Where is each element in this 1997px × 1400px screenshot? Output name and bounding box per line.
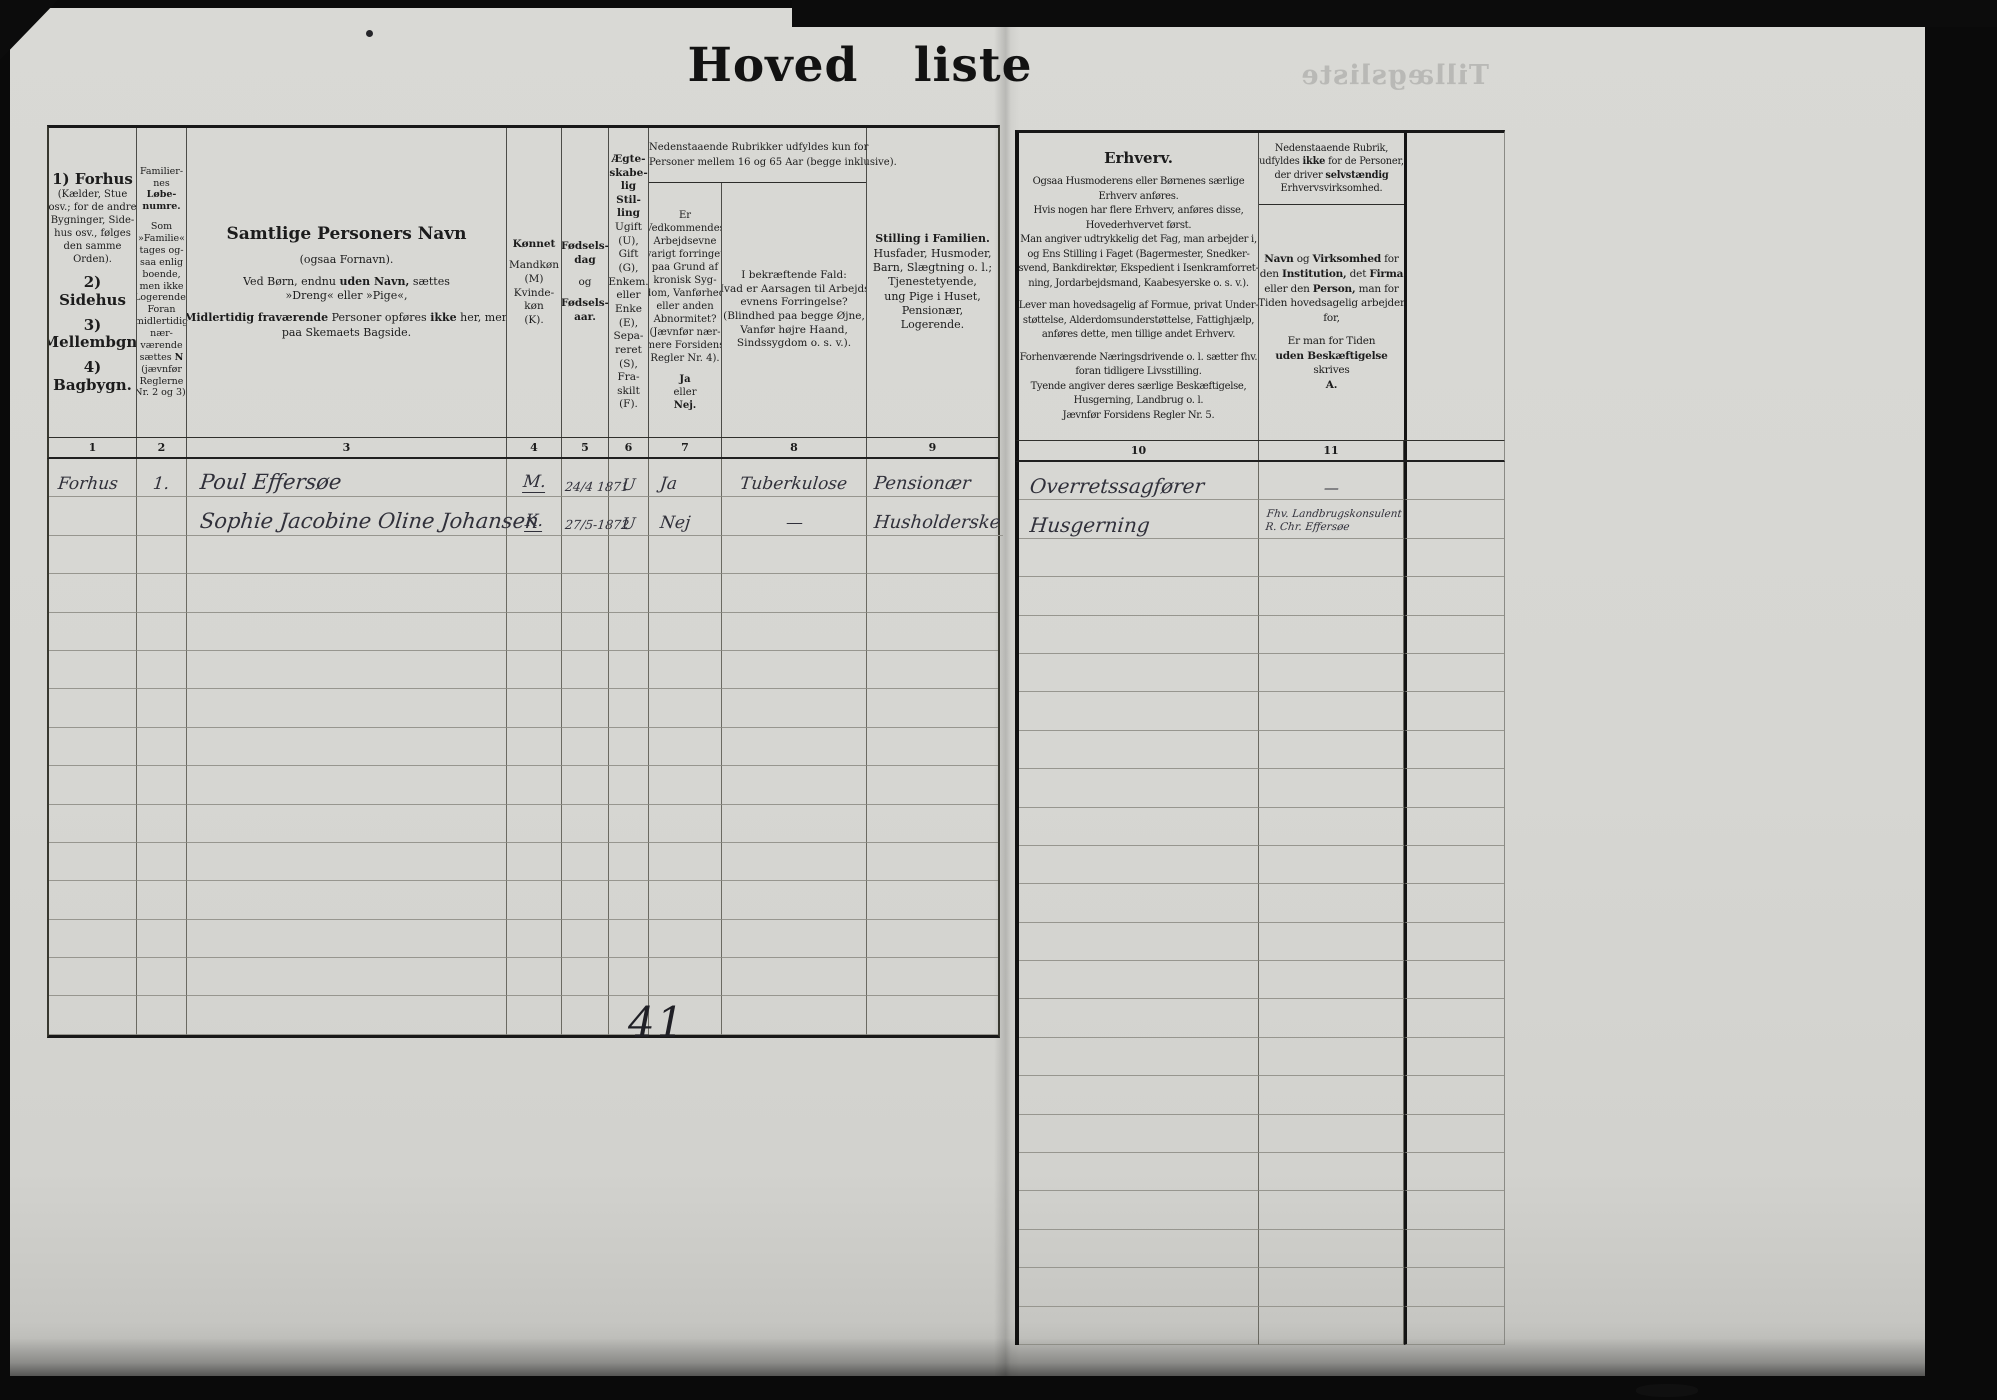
cell-L8-1	[49, 728, 137, 766]
cell-L6-2	[137, 651, 187, 689]
cell-L15-4	[507, 996, 562, 1034]
cell-L13-8	[722, 920, 867, 958]
header-line: men ikke	[140, 281, 184, 293]
cell-L7-7	[649, 689, 722, 727]
cell-R13-2	[1259, 923, 1404, 961]
scan-top-black-band	[792, 0, 1997, 27]
header-line: den samme	[64, 240, 122, 253]
cell-L14-1	[49, 958, 137, 996]
header-line: Fødsels-	[562, 240, 609, 254]
handwriting-multiline: Fhv. LandbrugskonsulentR. Chr. Effersøe	[1265, 508, 1403, 534]
note-box: Nedenstaaende Rubrik,udfyldes ikke for d…	[1259, 133, 1404, 205]
cell-R9-2	[1259, 769, 1404, 807]
column-number-3: 3	[187, 438, 507, 457]
R-row-22	[1019, 1268, 1504, 1306]
header-line: svend, Bankdirektør, Ekspedient i Isenkr…	[1019, 262, 1259, 277]
cell-L4-9	[867, 574, 998, 612]
cell-L8-9	[867, 728, 998, 766]
cell-L1-9: Pensionær	[867, 459, 998, 497]
cell-R10-2	[1259, 808, 1404, 846]
cell-R1-2: —	[1259, 462, 1404, 500]
header-line: den Institution, det Firma	[1260, 267, 1404, 282]
cell-L1-8: Tuberkulose	[722, 459, 867, 497]
header-line: Logerende.	[137, 292, 187, 304]
header-line: »Dreng« eller »Pige«,	[286, 289, 408, 303]
header-line: (Kælder, Stue	[58, 188, 128, 201]
cell-L8-7	[649, 728, 722, 766]
header-line: eller	[616, 289, 640, 303]
column-header-5: Fødsels-dagogFødsels-aar.	[562, 128, 609, 437]
header-line: Vedkommendes	[649, 222, 722, 235]
cell-L4-8	[722, 574, 867, 612]
header-line: Hovederhvervet først.	[1086, 219, 1192, 234]
cell-R1-1: Overretssagfører	[1019, 462, 1259, 500]
cell-L4-3	[187, 574, 507, 612]
header-line: køn	[524, 300, 543, 314]
cell-L7-8	[722, 689, 867, 727]
header-line: nes	[153, 178, 170, 190]
L-row-2: Sophie Jacobine Oline JohansenK.27/5-187…	[49, 497, 998, 535]
cell-L6-4	[507, 651, 562, 689]
cell-L10-9	[867, 805, 998, 843]
cell-R18-2	[1259, 1115, 1404, 1153]
cell-R5-2	[1259, 616, 1404, 654]
cell-R19-1	[1019, 1153, 1259, 1191]
cell-L3-2	[137, 536, 187, 574]
header-line: nær-	[150, 328, 173, 340]
header-line: eller	[673, 386, 696, 399]
header-line: for,	[1323, 311, 1340, 326]
cell-L8-5	[562, 728, 609, 766]
header-line: Erhverv.	[1104, 150, 1173, 167]
header-line: hus osv., følges	[54, 227, 131, 240]
header-line: Logerende.	[901, 318, 964, 332]
cell-L14-2	[137, 958, 187, 996]
L-row-1: Forhus1.Poul EffersøeM.24/4 1871UJaTuber…	[49, 459, 998, 497]
header-line: ung Pige i Huset,	[884, 290, 980, 304]
cell-L11-9	[867, 843, 998, 881]
cell-R10-3	[1404, 808, 1504, 846]
cell-L10-4	[507, 805, 562, 843]
header-line: Enke	[615, 303, 642, 317]
header-line: der driver selvstændig	[1259, 169, 1404, 182]
cell-L12-8	[722, 881, 867, 919]
header-line: og	[578, 276, 591, 290]
document-title: Hoved liste	[600, 38, 1120, 93]
cell-L14-9	[867, 958, 998, 996]
header-line: tages og-	[139, 245, 183, 257]
cell-L2-1	[49, 497, 137, 535]
cell-R11-2	[1259, 846, 1404, 884]
left-column-numbers: 123456789	[47, 437, 1000, 459]
cell-R4-3	[1404, 577, 1504, 615]
cell-L11-7	[649, 843, 722, 881]
header-line: Løbe-	[147, 189, 177, 201]
cell-R8-1	[1019, 731, 1259, 769]
L-row-14	[49, 958, 998, 996]
blank-margin-column	[1404, 133, 1504, 440]
header-line: kronisk Syg-	[653, 274, 716, 287]
column-number-4: 4	[507, 438, 562, 457]
cell-L13-6	[609, 920, 649, 958]
cell-L8-8	[722, 728, 867, 766]
cell-L8-4	[507, 728, 562, 766]
cell-L3-4	[507, 536, 562, 574]
handwriting: Overretssagfører	[1029, 476, 1205, 496]
cell-L5-8	[722, 613, 867, 651]
cell-L1-1: Forhus	[49, 459, 137, 497]
cell-R11-1	[1019, 846, 1259, 884]
cell-L14-3	[187, 958, 507, 996]
cell-L11-4	[507, 843, 562, 881]
R-row-6	[1019, 654, 1504, 692]
cell-R21-1	[1019, 1230, 1259, 1268]
header-line: Arbejdsevne	[654, 235, 717, 248]
cell-L15-1	[49, 996, 137, 1034]
cell-L12-1	[49, 881, 137, 919]
cell-L1-7: Ja	[649, 459, 722, 497]
header-line: Ugift	[615, 221, 642, 235]
R-row-11	[1019, 846, 1504, 884]
handwriting: U	[621, 477, 636, 493]
cell-R8-3	[1404, 731, 1504, 769]
cell-R6-1	[1019, 654, 1259, 692]
header-line: (K).	[524, 314, 543, 328]
header-line: Ogsaa Husmoderens eller Børnenes særlige	[1033, 175, 1245, 190]
cell-R18-3	[1404, 1115, 1504, 1153]
cell-R21-2	[1259, 1230, 1404, 1268]
header-line: Regler Nr. 4).	[650, 352, 719, 365]
header-line: værende	[140, 340, 182, 352]
cell-L14-6	[609, 958, 649, 996]
cell-L5-4	[507, 613, 562, 651]
cell-L6-9	[867, 651, 998, 689]
cell-R6-3	[1404, 654, 1504, 692]
header-line: Ved Børn, endnu uden Navn, sættes	[243, 275, 450, 289]
column-number-7: 7	[649, 438, 722, 457]
cell-R4-2	[1259, 577, 1404, 615]
cell-L14-4	[507, 958, 562, 996]
header-line: skrives	[1313, 363, 1349, 378]
header-line: foran tidligere Livsstilling.	[1075, 365, 1201, 380]
cell-L8-2	[137, 728, 187, 766]
column-header-7: ErVedkommendesArbejdsevnevarigt forringe…	[649, 183, 722, 437]
cell-L6-3	[187, 651, 507, 689]
header-line: Kvinde-	[514, 287, 554, 301]
cell-L6-5	[562, 651, 609, 689]
cell-R15-1	[1019, 999, 1259, 1037]
column-number-1: 1	[49, 438, 137, 457]
cell-R7-1	[1019, 692, 1259, 730]
header-line: Foran	[147, 304, 175, 316]
cell-L2-8: —	[722, 497, 867, 535]
cell-L2-7: Nej	[649, 497, 722, 535]
header-line: (ogsaa Fornavn).	[300, 253, 394, 267]
cell-L1-5: 24/4 1871	[562, 459, 609, 497]
cell-L8-6	[609, 728, 649, 766]
handwriting: Pensionær	[873, 475, 971, 493]
cell-L10-5	[562, 805, 609, 843]
cell-L14-7	[649, 958, 722, 996]
cell-R17-3	[1404, 1076, 1504, 1114]
cell-R14-2	[1259, 961, 1404, 999]
header-line: Lever man hovedsagelig af Formue, privat…	[1019, 299, 1258, 314]
column-header-6: Ægte-skabe-ligStil-lingUgift(U),Gift(G),…	[609, 128, 649, 437]
R-row-19	[1019, 1153, 1504, 1191]
header-line: Bygninger, Side-	[51, 214, 135, 227]
handwriting: Forhus	[57, 476, 119, 493]
L-row-3	[49, 536, 998, 574]
cell-L13-5	[562, 920, 609, 958]
cell-R16-1	[1019, 1038, 1259, 1076]
handwriting: Sophie Jacobine Oline Johansen	[199, 511, 540, 532]
cell-L1-3: Poul Effersøe	[187, 459, 507, 497]
header-line: (G),	[619, 262, 639, 276]
column-header-3: Samtlige Personers Navn(ogsaa Fornavn).V…	[187, 128, 507, 437]
header-line: anføres dette, men tillige andet Erhverv…	[1042, 328, 1235, 343]
header-line: Man angiver udtrykkelig det Fag, man arb…	[1020, 233, 1257, 248]
cell-L7-3	[187, 689, 507, 727]
column-number-2: 2	[137, 438, 187, 457]
header-line: Nedenstaaende Rubrik,	[1259, 142, 1404, 155]
handwriting: —	[785, 515, 804, 532]
header-line: Fødsels-	[562, 297, 609, 311]
cell-L5-7	[649, 613, 722, 651]
handwriting: Nej	[659, 515, 691, 532]
R-row-17	[1019, 1076, 1504, 1114]
R-row-2: HusgerningFhv. LandbrugskonsulentR. Chr.…	[1019, 500, 1504, 538]
cell-L5-9	[867, 613, 998, 651]
cell-R3-1	[1019, 539, 1259, 577]
header-line: udfyldes ikke for de Personer,	[1259, 155, 1404, 168]
cell-L9-6	[609, 766, 649, 804]
cell-L11-2	[137, 843, 187, 881]
cell-L14-8	[722, 958, 867, 996]
header-line: reret	[615, 344, 642, 358]
cell-R18-1	[1019, 1115, 1259, 1153]
cell-L5-5	[562, 613, 609, 651]
header-line: Forhenværende Næringsdrivende o. l. sætt…	[1020, 351, 1258, 366]
cell-L10-1	[49, 805, 137, 843]
cell-L7-6	[609, 689, 649, 727]
L-row-15	[49, 996, 998, 1034]
cell-L2-2	[137, 497, 187, 535]
cell-L9-4	[507, 766, 562, 804]
R-row-7	[1019, 692, 1504, 730]
R-row-12	[1019, 884, 1504, 922]
header-line: støttelse, Alderdomsunderstøttelse, Fatt…	[1023, 314, 1254, 329]
header-line: (M)	[525, 273, 544, 287]
handwriting: Husgerning	[1029, 515, 1151, 535]
header-line: ling	[617, 207, 640, 221]
header-line: osv.; for de andre	[49, 201, 137, 214]
cell-L5-6	[609, 613, 649, 651]
cell-L12-2	[137, 881, 187, 919]
column-number-10: 10	[1019, 441, 1259, 460]
header-line: Erhvervsvirksomhed.	[1259, 182, 1404, 195]
cell-L13-3	[187, 920, 507, 958]
header-line: dag	[574, 254, 596, 268]
R-row-16	[1019, 1038, 1504, 1076]
header-line: (E),	[619, 317, 638, 331]
header-line: Som	[151, 221, 172, 233]
header-line: Hvis nogen har flere Erhverv, anføres di…	[1034, 204, 1244, 219]
cell-L11-8	[722, 843, 867, 881]
cell-L1-4: M.	[507, 459, 562, 497]
header-line: Vanfør højre Haand,	[740, 324, 848, 338]
cell-L12-6	[609, 881, 649, 919]
header-line: (Blindhed paa begge Øjne,	[723, 310, 865, 324]
cell-L4-1	[49, 574, 137, 612]
cell-L7-4	[507, 689, 562, 727]
cell-L13-7	[649, 920, 722, 958]
header-line: 2) Sidehus	[51, 274, 134, 309]
header-line: (U),	[618, 235, 638, 249]
L-row-4	[49, 574, 998, 612]
cell-L4-5	[562, 574, 609, 612]
cell-L6-7	[649, 651, 722, 689]
cell-R21-3	[1404, 1230, 1504, 1268]
cell-R9-3	[1404, 769, 1504, 807]
banner-line: Personer mellem 16 og 65 Aar (begge inkl…	[649, 155, 866, 170]
cell-R16-2	[1259, 1038, 1404, 1076]
header-line: (Jævnfør nær-	[649, 326, 720, 339]
L-row-8	[49, 728, 998, 766]
right-data-rows: Overretssagfører—HusgerningFhv. Landbrug…	[1015, 462, 1505, 1345]
column-number-11: 11	[1259, 441, 1404, 460]
header-line: eller anden	[656, 300, 713, 313]
cell-L7-9	[867, 689, 998, 727]
header-line: Er	[679, 209, 691, 222]
cell-R14-1	[1019, 961, 1259, 999]
L-row-7	[49, 689, 998, 727]
header-line: Erhverv anføres.	[1098, 190, 1178, 205]
cell-L6-1	[49, 651, 137, 689]
handwriting-line: R. Chr. Effersøe	[1265, 521, 1401, 534]
cell-R22-1	[1019, 1268, 1259, 1306]
header-line: ning, Jordarbejdsmand, Kaabesyerske o. s…	[1028, 277, 1248, 292]
header-line: aar.	[574, 311, 596, 325]
cell-R7-3	[1404, 692, 1504, 730]
cell-L13-9	[867, 920, 998, 958]
header-line: Familier-	[140, 166, 183, 178]
ink-smudge	[366, 30, 373, 37]
column-header-10-erhverv: Erhverv.Ogsaa Husmoderens eller Børnenes…	[1019, 133, 1259, 440]
header-line: midlertidig	[137, 316, 187, 328]
cell-L5-2	[137, 613, 187, 651]
handwriting: K.	[524, 513, 544, 532]
header-line: evnens Forringelse?	[740, 296, 847, 310]
header-line: Mandkøn	[509, 259, 559, 273]
cell-L8-3	[187, 728, 507, 766]
header-line: Pensionær,	[902, 304, 963, 318]
cell-L10-6	[609, 805, 649, 843]
column-number-9: 9	[867, 438, 998, 457]
cell-L3-1	[49, 536, 137, 574]
cell-L7-1	[49, 689, 137, 727]
R-row-15	[1019, 999, 1504, 1037]
column-number-6: 6	[609, 438, 649, 457]
L-row-5	[49, 613, 998, 651]
cell-L9-7	[649, 766, 722, 804]
cell-L2-5: 27/5-1872	[562, 497, 609, 535]
header-line: (F).	[619, 398, 638, 412]
header-line: Fra-	[617, 371, 639, 385]
header-line: Hvad er Aarsagen til Arbejds-	[722, 283, 866, 297]
left-page-table: 1) Forhus(Kælder, Stueosv.; for de andre…	[47, 125, 1000, 1038]
header-line: Jævnfør Forsidens Regler Nr. 5.	[1063, 409, 1215, 424]
cell-L2-9: Husholderske	[867, 497, 1003, 535]
cell-L2-3: Sophie Jacobine Oline Johansen	[187, 497, 507, 535]
column-header-9: Stilling i Familien.Husfader, Husmoder,B…	[867, 128, 998, 437]
cell-L1-2: 1.	[137, 459, 187, 497]
cell-R19-3	[1404, 1153, 1504, 1191]
cell-L9-1	[49, 766, 137, 804]
cell-R17-1	[1019, 1076, 1259, 1114]
R-row-18	[1019, 1115, 1504, 1153]
header-line: paa Skemaets Bagside.	[282, 326, 411, 340]
cell-R11-3	[1404, 846, 1504, 884]
header-line: uden Beskæftigelse	[1275, 349, 1387, 364]
header-line: Ja	[679, 373, 690, 386]
header-line: »Familie«	[138, 233, 185, 245]
header-line: Samtlige Personers Navn	[226, 225, 466, 245]
cell-R22-2	[1259, 1268, 1404, 1306]
R-row-5	[1019, 616, 1504, 654]
cell-L12-3	[187, 881, 507, 919]
cell-R2-1: Husgerning	[1019, 500, 1259, 538]
cell-L12-4	[507, 881, 562, 919]
column-header-1: 1) Forhus(Kælder, Stueosv.; for de andre…	[49, 128, 137, 437]
cell-R12-2	[1259, 884, 1404, 922]
page-number-handwritten: 41	[628, 998, 685, 1047]
employer-header: Navn og Virksomhed forden Institution, d…	[1259, 205, 1404, 440]
cell-L3-9	[867, 536, 998, 574]
cell-L10-7	[649, 805, 722, 843]
header-line: Kønnet	[513, 238, 556, 252]
header-line: Nej.	[674, 399, 697, 412]
handwriting: M.	[522, 474, 547, 493]
header-line: numre.	[142, 201, 180, 213]
R-row-14	[1019, 961, 1504, 999]
header-line: Husgerning, Landbrug o. l.	[1074, 394, 1204, 409]
handwriting: —	[1323, 481, 1340, 496]
L-row-12	[49, 881, 998, 919]
cell-R13-1	[1019, 923, 1259, 961]
column-header-4: KønnetMandkøn(M)Kvinde-køn(K).	[507, 128, 562, 437]
cell-R13-3	[1404, 923, 1504, 961]
header-line: 1) Forhus	[52, 171, 133, 188]
cell-L3-6	[609, 536, 649, 574]
header-line: (jævnfør	[141, 364, 182, 376]
header-line: Husfader, Husmoder,	[873, 247, 991, 261]
cell-L3-8	[722, 536, 867, 574]
cell-R14-3	[1404, 961, 1504, 999]
cell-L4-6	[609, 574, 649, 612]
handwriting: Tuberkulose	[740, 476, 849, 493]
L-row-6	[49, 651, 998, 689]
handwriting: 1.	[152, 476, 170, 493]
header-line: og Ens Stilling i Faget (Bagermester, Sn…	[1027, 248, 1249, 263]
cell-R20-3	[1404, 1191, 1504, 1229]
right-page-table: Erhverv.Ogsaa Husmoderens eller Børnenes…	[1015, 130, 1505, 1345]
header-line: varigt forringet	[649, 248, 722, 261]
handwriting: 27/5-1872	[564, 519, 629, 532]
cell-R5-1	[1019, 616, 1259, 654]
cell-R4-1	[1019, 577, 1259, 615]
handwriting-line: Fhv. Landbrugskonsulent	[1266, 508, 1402, 521]
header-line: Nr. 2 og 3).	[137, 387, 187, 399]
